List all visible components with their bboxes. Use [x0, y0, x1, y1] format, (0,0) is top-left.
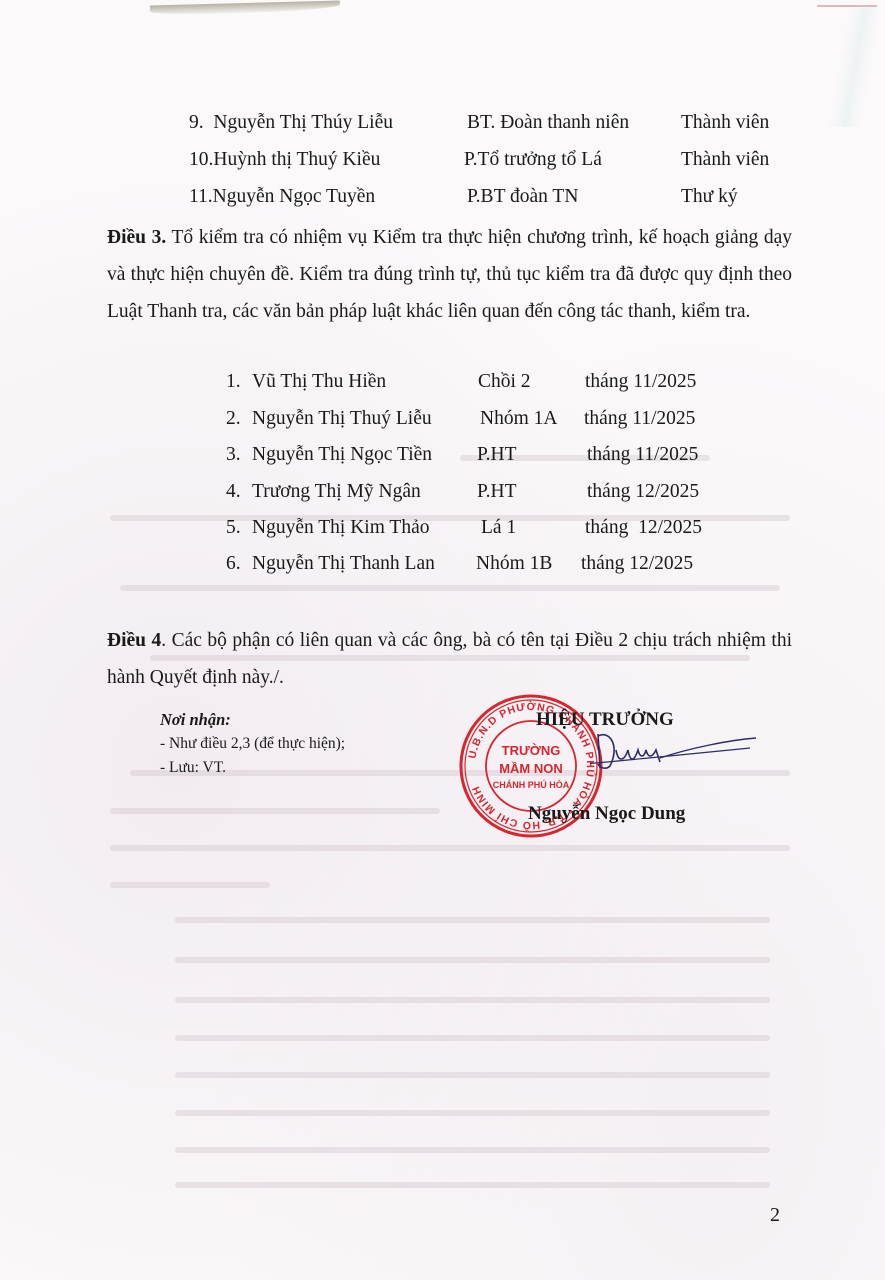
- handwritten-signature: [590, 728, 760, 776]
- article-4-text: . Các bộ phận có liên quan và các ông, b…: [107, 630, 792, 688]
- inspection-name: Nguyễn Thị Kim Thảo: [252, 518, 429, 538]
- inspection-month: tháng 12/2025: [581, 554, 693, 574]
- inspection-month: tháng 11/2025: [584, 409, 695, 429]
- inspection-index: 3.: [226, 445, 241, 465]
- inspection-name: Nguyễn Thị Thanh Lan: [252, 554, 435, 574]
- inspection-index: 2.: [226, 409, 241, 429]
- member-role: BT. Đoàn thanh niên: [467, 113, 629, 133]
- recipients-title: Nơi nhận:: [160, 708, 345, 732]
- recipient-item: - Như điều 2,3 (để thực hiện);: [160, 732, 345, 756]
- stamp-line-1: TRƯỜNG: [502, 743, 561, 758]
- inspection-class: Chồi 2: [478, 372, 531, 392]
- stamp-line-3: CHÁNH PHÚ HÒA: [493, 779, 570, 790]
- stamp-line-2: MẦM NON: [499, 761, 563, 776]
- inspection-index: 1.: [226, 372, 241, 392]
- signer-name: Nguyễn Ngọc Dung: [528, 803, 685, 825]
- inspection-class: P.HT: [477, 482, 517, 502]
- member-role: P.BT đoàn TN: [467, 187, 578, 207]
- inspection-index: 4.: [226, 482, 241, 502]
- inspection-name: Trương Thị Mỹ Ngân: [252, 482, 421, 502]
- inspection-class: P.HT: [477, 445, 517, 465]
- member-position: Thành viên: [681, 113, 769, 133]
- article-3-heading: Điều 3.: [107, 227, 166, 248]
- inspection-class: Nhóm 1B: [476, 554, 552, 574]
- inspection-class: Lá 1: [481, 518, 516, 538]
- inspection-class: Nhóm 1A: [480, 409, 557, 429]
- member-position: Thư ký: [681, 187, 738, 207]
- page-number: 2: [770, 1204, 780, 1227]
- member-name: 10.Huỳnh thị Thuý Kiều: [189, 150, 380, 170]
- inspection-month: tháng 12/2025: [585, 518, 702, 538]
- inspection-name: Nguyễn Thị Thuý Liễu: [252, 409, 432, 429]
- recipients-block: Nơi nhận: - Như điều 2,3 (để thực hiện);…: [160, 708, 345, 780]
- member-name: 11.Nguyễn Ngọc Tuyền: [189, 187, 375, 207]
- member-position: Thành viên: [681, 150, 769, 170]
- page-corner-fold: [817, 5, 877, 127]
- article-4: Điều 4. Các bộ phận có liên quan và các …: [107, 622, 792, 696]
- article-3: Điều 3. Tổ kiểm tra có nhiệm vụ Kiểm tra…: [107, 219, 792, 330]
- inspection-name: Vũ Thị Thu Hiền: [252, 372, 386, 392]
- article-3-text: Tổ kiểm tra có nhiệm vụ Kiểm tra thực hi…: [107, 227, 792, 322]
- inspection-index: 6.: [226, 554, 241, 574]
- member-role: P.Tổ trưởng tổ Lá: [464, 150, 602, 170]
- inspection-month: tháng 12/2025: [587, 482, 699, 502]
- article-4-heading: Điều 4: [107, 630, 161, 651]
- recipient-item: - Lưu: VT.: [160, 756, 345, 780]
- member-name: 9. Nguyễn Thị Thúy Liễu: [189, 113, 393, 133]
- inspection-month: tháng 11/2025: [585, 372, 696, 392]
- inspection-month: tháng 11/2025: [587, 445, 698, 465]
- inspection-name: Nguyễn Thị Ngọc Tiền: [252, 445, 432, 465]
- inspection-index: 5.: [226, 518, 241, 538]
